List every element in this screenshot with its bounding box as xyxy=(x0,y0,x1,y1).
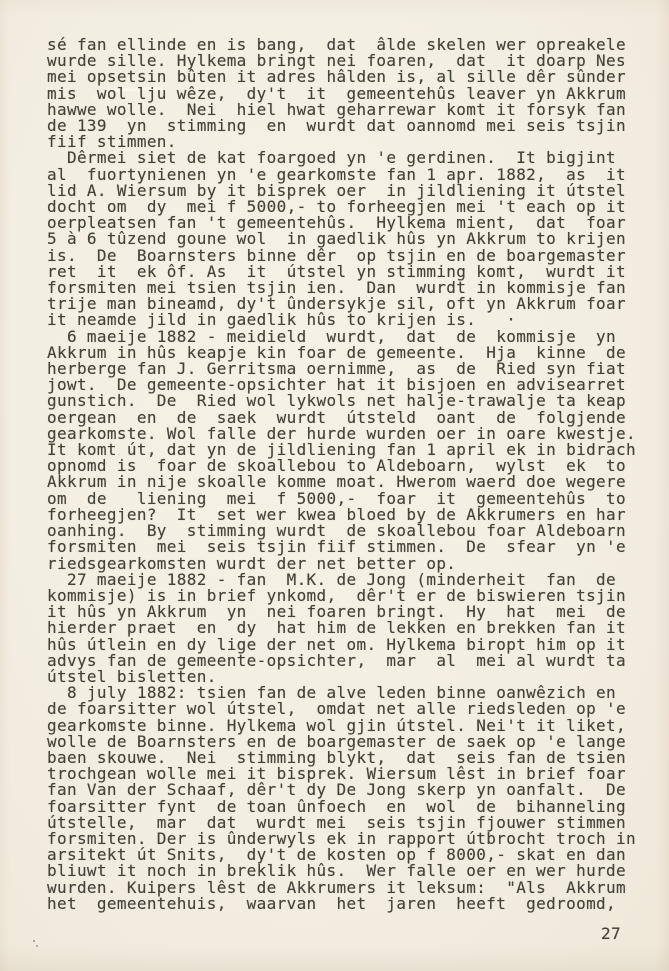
text-line: het gemeentehuis, waarvan het jaren heef… xyxy=(47,896,637,912)
page-number: 27 xyxy=(601,924,621,943)
ink-speck xyxy=(33,940,35,942)
document-page: sé fan ellinde en is bang, dat âlde skel… xyxy=(0,0,669,971)
text-block: sé fan ellinde en is bang, dat âlde skel… xyxy=(47,37,637,912)
